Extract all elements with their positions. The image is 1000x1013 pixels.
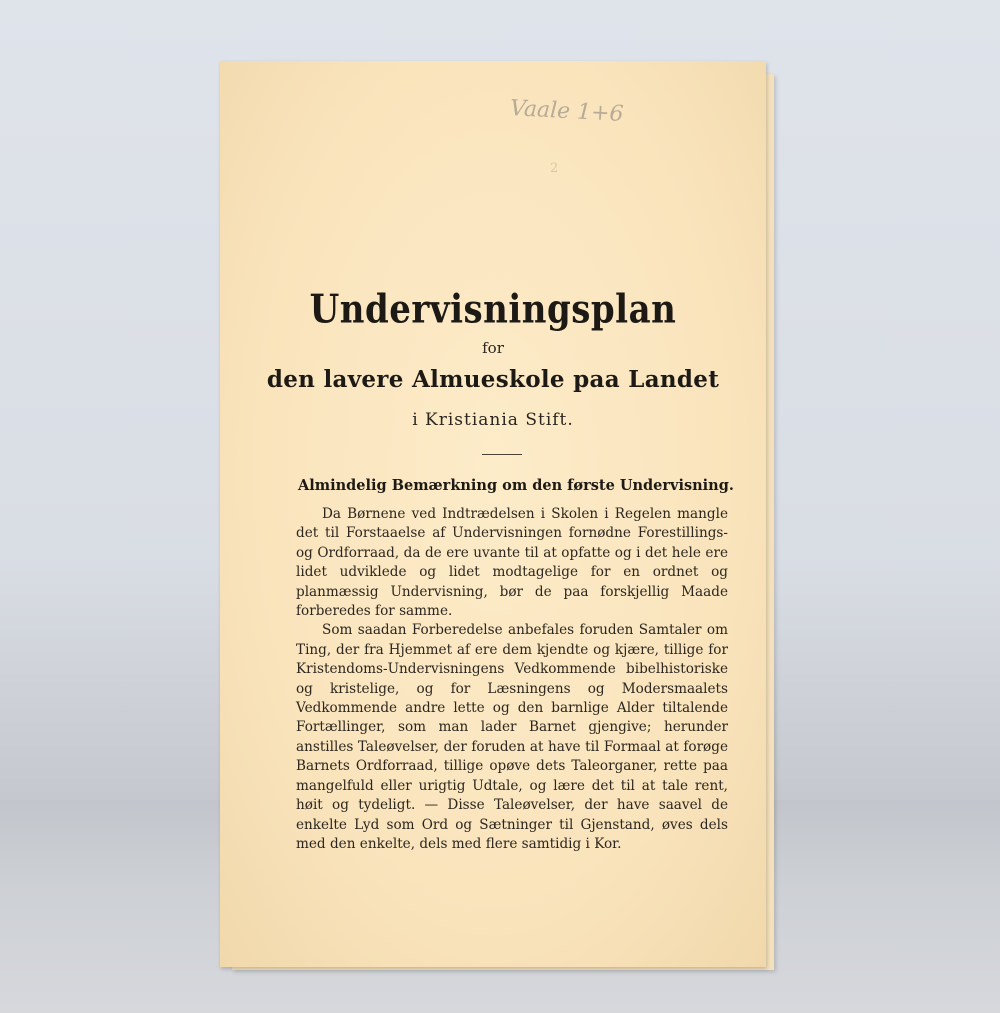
divider-rule bbox=[482, 454, 522, 455]
paragraph: Som saadan Forberedelse anbefales forude… bbox=[296, 621, 728, 854]
body-text: Da Børnene ved Indtrædelsen i Skolen i R… bbox=[296, 505, 728, 854]
document-region: i Kristiania Stift. bbox=[220, 410, 766, 430]
pencil-annotation: Vaale 1+6 bbox=[509, 96, 624, 127]
title-for: for bbox=[220, 339, 766, 357]
document-title: Undervisningsplan bbox=[220, 287, 766, 333]
paragraph: Da Børnene ved Indtrædelsen i Skolen i R… bbox=[296, 505, 728, 621]
section-heading: Almindelig Bemærkning om den første Unde… bbox=[298, 477, 728, 494]
document-page: Vaale 1+6 2 Undervisningsplan for den la… bbox=[220, 61, 766, 967]
bleed-through-page-number: 2 bbox=[550, 161, 558, 176]
document-subtitle: den lavere Almueskole paa Landet bbox=[220, 366, 766, 393]
